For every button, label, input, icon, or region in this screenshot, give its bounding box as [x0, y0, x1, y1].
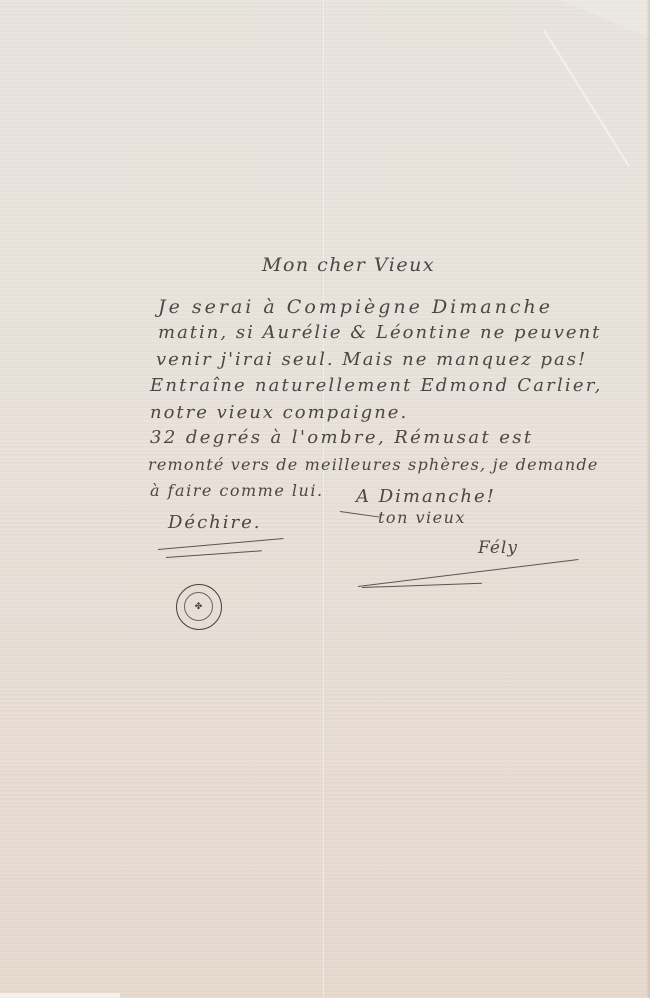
complimentary-close: ton vieux	[378, 508, 466, 527]
scan-background-strip	[0, 993, 120, 998]
body-line-2: matin, si Aurélie & Léontine ne peuvent	[158, 322, 601, 343]
body-line-7: remonté vers de meilleures sphères, je d…	[148, 455, 599, 474]
corner-fold-crease	[543, 30, 629, 167]
body-line-1: Je serai à Compiègne Dimanche	[158, 296, 553, 318]
closing-flourish	[340, 511, 380, 518]
paper-right-edge	[646, 0, 650, 998]
annotation-left: Déchire.	[168, 512, 262, 533]
body-line-6: 32 degrés à l'ombre, Rémusat est	[150, 427, 534, 448]
closing-line: A Dimanche!	[356, 486, 496, 507]
salutation: Mon cher Vieux	[262, 254, 435, 276]
body-line-4: Entraîne naturellement Edmond Carlier,	[150, 375, 603, 396]
signature: Fély	[478, 538, 518, 558]
folded-corner	[560, 0, 650, 38]
letter-paper: Mon cher Vieux Je serai à Compiègne Dima…	[0, 0, 650, 998]
body-line-5: notre vieux compaigne.	[150, 402, 408, 423]
body-line-3: venir j'irai seul. Mais ne manquez pas!	[156, 349, 587, 370]
library-stamp: Bibliothèque · École de Beaux ✤	[176, 584, 222, 630]
annotation-underline-2	[166, 550, 262, 558]
stamp-emblem-icon: ✤	[184, 592, 213, 621]
annotation-underline-1	[158, 538, 284, 550]
body-line-8: à faire comme lui.	[150, 481, 324, 500]
